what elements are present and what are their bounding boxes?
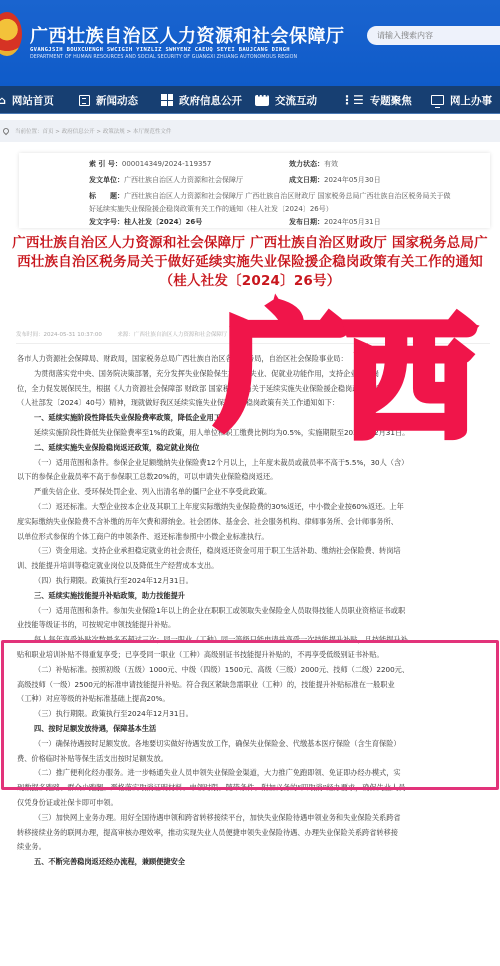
meta-value: 桂人社发〔2024〕26号 [124, 218, 202, 226]
document-title-line: （桂人社发〔2024〕26号） [10, 272, 490, 291]
paragraph: 以单位形式参保的个体工商户的申领条件、返还标准参照中小微企业标准执行。 [17, 530, 490, 545]
breadcrumb: 当前位置：首页 > 政府信息公开 > 政策法规 > 本厅规范性文件 [0, 120, 500, 142]
nav-label: 政府信息公开 [179, 93, 242, 108]
paragraph: （三）加快网上业务办理。用好全国待遇申领和跨省转移接续平台，加快失业保险待遇申领… [17, 811, 490, 826]
newspaper-icon [79, 95, 90, 106]
site-subtitle-english: DEPARTMENT OF HUMAN RESOURCES AND SOCIAL… [30, 55, 297, 60]
grid-icon [161, 94, 173, 106]
paragraph: 严重失信企业、受环保处罚企业、列入出清名单的僵尸企业不享受此政策。 [17, 485, 490, 500]
paragraph: （人社部发〔2024〕40号）精神，现就做好我区延续实施失业保险援企稳岗政策有关… [17, 396, 490, 411]
paragraph: （工种）对应等级的补贴标准基础上提高20%。 [17, 692, 490, 707]
nav-label: 网站首页 [12, 93, 54, 108]
site-header: 广西壮族自治区人力资源和社会保障厅 GVANGJSIH BOUXCUENGH S… [0, 0, 500, 86]
paragraph: 每人每年享受补贴次数最多不超过三次；同一职业（工种）同一等级只能申请并享受一次技… [17, 633, 490, 648]
paragraph: （一）确保待遇按时足额发放。各地要切实做好待遇发放工作，确保失业保险金、代缴基本… [17, 737, 490, 752]
meta-value: 2024年05月31日 [324, 218, 381, 226]
paragraph: 以下的参保企业裁员率不高于参保职工总数20%的，可以申请失业保险稳岗返还。 [17, 470, 490, 485]
meta-publish-date: 发布日期：2024年05月31日 [289, 217, 381, 227]
meta-doc-number: 发文字号：桂人社发〔2024〕26号 [89, 217, 202, 227]
nav-item-news[interactable]: 新闻动态 [79, 86, 138, 114]
section-heading: 二、延续实施失业保险稳岗返还政策，稳定就业岗位 [17, 441, 490, 456]
meta-label: 索 引 号： [89, 160, 122, 168]
nav-label: 网上办事 [450, 93, 492, 108]
paragraph: 各市人力资源社会保障局、财政局，国家税务总局广西壮族自治区各市税务局，自治区社会… [17, 352, 490, 367]
meta-status: 效力状态：有效 [289, 159, 338, 169]
paragraph: （一）适用范围和条件。参保企业足额缴纳失业保险费12个月以上，上年度未裁员或裁员… [17, 456, 490, 471]
nav-item-topics[interactable]: ⋮☰ 专题聚焦 [341, 86, 412, 114]
section-heading: 四、按时足额发放待遇，保障基本生活 [17, 722, 490, 737]
meta-written-date: 成文日期：2024年05月30日 [289, 175, 381, 185]
meta-label: 成文日期： [289, 176, 324, 184]
site-subtitle-zhuang: GVANGJSIH BOUXCUENGH SWCIGIH YINZLIZ SWH… [30, 47, 290, 53]
meta-value: 有效 [324, 160, 338, 168]
meta-issuer: 发文单位：广西壮族自治区人力资源和社会保障厅 [89, 175, 243, 185]
paragraph: （二）推广便利化经办服务。进一步畅通失业人员申领失业保险金渠道，大力推广免跑即领… [17, 766, 490, 781]
meta-label: 标 题： [89, 192, 124, 200]
paragraph: （三）执行期限。政策执行至2024年12月31日。 [17, 707, 490, 722]
breadcrumb-text[interactable]: 当前位置：首页 > 政府信息公开 > 政策法规 > 本厅规范性文件 [15, 127, 171, 135]
publish-time: 发布时间：2024-05-31 10:37:00 [16, 332, 102, 338]
paragraph: 贴和职业培训补贴不得重复享受；已享受同一职业（工种）高级别证书技能提升补贴的，不… [17, 648, 490, 663]
meta-index: 索 引 号：000014349/2024-119357 [89, 159, 211, 169]
meta-label: 发文字号： [89, 218, 124, 226]
section-heading: 五、不断完善稳岗返还经办流程，兼顾便捷安全 [17, 855, 490, 870]
section-heading: 一、延续实施阶段性降低失业保险费率政策，降低企业用工成本 [17, 411, 490, 426]
search-input[interactable] [367, 26, 500, 45]
national-emblem-icon [0, 12, 22, 56]
meta-title: 标 题：广西壮族自治区人力资源和社会保障厅 广西壮族自治区财政厅 国家税务总局广… [89, 191, 450, 201]
nav-label: 新闻动态 [96, 93, 138, 108]
paragraph: （二）补贴标准。按照初级（五级）1000元、中级（四级）1500元、高级（三级）… [17, 663, 490, 678]
document-title-line: 西壮族自治区税务局关于做好延续实施失业保险援企稳岗政策有关工作的通知 [10, 253, 490, 272]
nav-label: 交流互动 [275, 93, 317, 108]
document-title-line: 广西壮族自治区人力资源和社会保障厅 广西壮族自治区财政厅 国家税务总局广 [10, 234, 490, 253]
paragraph: 业技能等级证书的，可按规定申领技能提升补贴。 [17, 618, 490, 633]
meta-value: 2024年05月30日 [324, 176, 381, 184]
document-body: 各市人力资源社会保障局、财政局，国家税务总局广西壮族自治区各市税务局，自治区社会… [17, 352, 490, 870]
nav-item-interaction[interactable]: 交流互动 [255, 86, 317, 114]
paragraph: （三）资金用途。支持企业承担稳定就业的社会责任，稳岗返还资金可用于职工生活补助、… [17, 544, 490, 559]
publish-source: 来源：广西壮族自治区人力资源和社会保障厅 [117, 332, 227, 338]
paragraph: 为贯彻落实党中央、国务院决策部署，充分发挥失业保险保生活、防失业、促就业功能作用… [17, 367, 490, 382]
meta-value: 000014349/2024-119357 [122, 160, 212, 168]
publish-info: 发布时间：2024-05-31 10:37:00 来源：广西壮族自治区人力资源和… [16, 330, 227, 338]
paragraph: （二）返还标准。大型企业按本企业及其职工上年度实际缴纳失业保险费的30%返还，中… [17, 500, 490, 515]
nav-item-home[interactable]: ⌂ 网站首页 [0, 86, 54, 114]
meta-value: 广西壮族自治区人力资源和社会保障厅 广西壮族自治区财政厅 国家税务总局广西壮族自… [124, 192, 450, 200]
site-title[interactable]: 广西壮族自治区人力资源和社会保障厅 [30, 22, 345, 48]
section-heading: 三、延续实施技能提升补贴政策，助力技能提升 [17, 589, 490, 604]
paragraph: 现数据多跑路、群众少跑腿。严格落实取消证明材料、申领时限、随带条件、附加义务的“… [17, 781, 490, 796]
meta-title-cont: 好延续实施失业保险援企稳岗政策有关工作的通知（桂人社发〔2024〕26号） [89, 204, 333, 214]
meta-value: 广西壮族自治区人力资源和社会保障厅 [124, 176, 243, 184]
meta-label: 发文单位： [89, 176, 124, 184]
document-meta-card: 索 引 号：000014349/2024-119357 效力状态：有效 发文单位… [19, 153, 490, 228]
paragraph: 高级技师（一级）2500元的标准申请技能提升补贴。符合我区紧缺急需职业（工种）的… [17, 678, 490, 693]
location-pin-icon [2, 127, 10, 135]
list-icon: ⋮☰ [341, 94, 364, 106]
chat-icon [255, 95, 269, 106]
paragraph: 仅凭身份证或社保卡即可申领。 [17, 796, 490, 811]
divider [16, 343, 490, 344]
meta-label: 效力状态： [289, 160, 324, 168]
paragraph: 转移接续业务的联网办理，提高审核办理效率，推动实现失业人员便捷申领失业保险待遇、… [17, 826, 490, 841]
nav-label: 专题聚焦 [370, 93, 412, 108]
main-nav: ⌂ 网站首页 新闻动态 政府信息公开 交流互动 ⋮☰ 专题聚焦 网上办事 [0, 86, 500, 114]
paragraph: 训、技能提升培训等稳定就业岗位以及降低生产经营成本支出。 [17, 559, 490, 574]
paragraph: （四）执行期限。政策执行至2024年12月31日。 [17, 574, 490, 589]
paragraph: 位，全力促发展保民生，根据《人力资源社会保障部 财政部 国家税务总局关于延续实施… [17, 382, 490, 397]
paragraph: 续业务。 [17, 840, 490, 855]
paragraph: 费、价格临时补贴等保生活支出按时足额发放。 [17, 752, 490, 767]
nav-item-gov-info[interactable]: 政府信息公开 [161, 86, 242, 114]
meta-label: 发布日期： [289, 218, 324, 226]
paragraph: 延续实施阶段性降低失业保险费率至1%的政策，用人单位和职工缴费比例均为0.5%，… [17, 426, 490, 441]
document-title: 广西壮族自治区人力资源和社会保障厅 广西壮族自治区财政厅 国家税务总局广 西壮族… [10, 234, 490, 291]
nav-item-online-service[interactable]: 网上办事 [431, 86, 492, 114]
paragraph: （一）适用范围和条件。参加失业保险1年以上的企业在职职工或领取失业保险金人员取得… [17, 604, 490, 619]
monitor-icon [431, 95, 444, 105]
home-icon: ⌂ [0, 95, 6, 106]
paragraph: 度实际缴纳失业保险费不含补缴的历年欠费和滞纳金。社会团体、基金会、社会服务机构、… [17, 515, 490, 530]
